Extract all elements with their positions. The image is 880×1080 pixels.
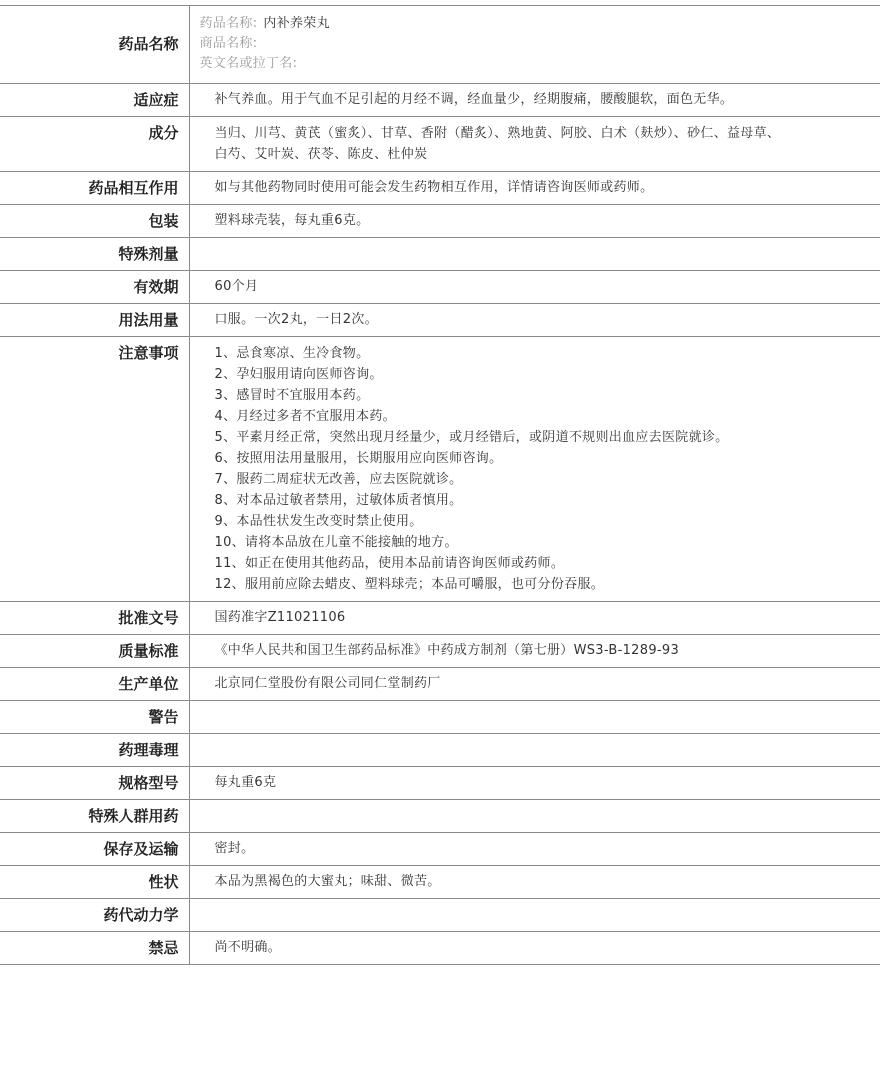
precaution-item: 7、服药二周症状无改善，应去医院就诊。 <box>215 469 871 490</box>
value-pharmacology-toxicology <box>189 734 880 767</box>
precautions-list: 1、忌食寒凉、生冷食物。 2、孕妇服用请向医师咨询。 3、感冒时不宜服用本药。 … <box>215 343 871 595</box>
value-warning <box>189 701 880 734</box>
latin-name-line: 英文名或拉丁名: <box>200 54 871 74</box>
label-special-populations: 特殊人群用药 <box>0 800 189 833</box>
row-precautions: 注意事项 1、忌食寒凉、生冷食物。 2、孕妇服用请向医师咨询。 3、感冒时不宜服… <box>0 337 880 602</box>
label-special-dosage: 特殊剂量 <box>0 238 189 271</box>
row-usage: 用法用量 口服。一次2丸，一日2次。 <box>0 304 880 337</box>
row-description: 性状 本品为黑褐色的大蜜丸；味甜、微苦。 <box>0 866 880 899</box>
label-precautions: 注意事项 <box>0 337 189 602</box>
value-interactions: 如与其他药物同时使用可能会发生药物相互作用，详情请咨询医师或药师。 <box>189 172 880 205</box>
precaution-item: 12、服用前应除去蜡皮、塑料球壳；本品可嚼服，也可分份吞服。 <box>215 574 871 595</box>
row-packaging: 包装 塑料球壳装，每丸重6克。 <box>0 205 880 238</box>
generic-name-value: 内补养荣丸 <box>263 16 330 31</box>
precaution-item: 10、请将本品放在儿童不能接触的地方。 <box>215 532 871 553</box>
row-manufacturer: 生产单位 北京同仁堂股份有限公司同仁堂制药厂 <box>0 668 880 701</box>
value-drug-name: 药品名称:内补养荣丸 商品名称: 英文名或拉丁名: <box>189 6 880 84</box>
trade-name-key: 商品名称: <box>200 36 258 51</box>
value-shelf-life: 60个月 <box>189 271 880 304</box>
row-approval-number: 批准文号 国药准字Z11021106 <box>0 602 880 635</box>
precaution-item: 8、对本品过敏者禁用，过敏体质者慎用。 <box>215 490 871 511</box>
trade-name-line: 商品名称: <box>200 34 871 54</box>
row-quality-standard: 质量标准 《中华人民共和国卫生部药品标准》中药成方制剂（第七册）WS3-B-12… <box>0 635 880 668</box>
latin-name-key: 英文名或拉丁名: <box>200 56 298 71</box>
row-special-populations: 特殊人群用药 <box>0 800 880 833</box>
precaution-item: 1、忌食寒凉、生冷食物。 <box>215 343 871 364</box>
value-precautions: 1、忌食寒凉、生冷食物。 2、孕妇服用请向医师咨询。 3、感冒时不宜服用本药。 … <box>189 337 880 602</box>
value-approval-number: 国药准字Z11021106 <box>189 602 880 635</box>
value-contraindications: 尚不明确。 <box>189 932 880 965</box>
value-packaging: 塑料球壳装，每丸重6克。 <box>189 205 880 238</box>
value-special-dosage <box>189 238 880 271</box>
label-manufacturer: 生产单位 <box>0 668 189 701</box>
precaution-item: 3、感冒时不宜服用本药。 <box>215 385 871 406</box>
label-specification: 规格型号 <box>0 767 189 800</box>
label-shelf-life: 有效期 <box>0 271 189 304</box>
label-pharmacokinetics: 药代动力学 <box>0 899 189 932</box>
precaution-item: 5、平素月经正常，突然出现月经量少，或月经错后，或阴道不规则出血应去医院就诊。 <box>215 427 871 448</box>
label-quality-standard: 质量标准 <box>0 635 189 668</box>
generic-name-line: 药品名称:内补养荣丸 <box>200 14 871 34</box>
row-warning: 警告 <box>0 701 880 734</box>
value-specification: 每丸重6克 <box>189 767 880 800</box>
precaution-item: 9、本品性状发生改变时禁止使用。 <box>215 511 871 532</box>
row-shelf-life: 有效期 60个月 <box>0 271 880 304</box>
label-pharmacology-toxicology: 药理毒理 <box>0 734 189 767</box>
row-pharmacokinetics: 药代动力学 <box>0 899 880 932</box>
label-contraindications: 禁忌 <box>0 932 189 965</box>
label-warning: 警告 <box>0 701 189 734</box>
row-storage-transport: 保存及运输 密封。 <box>0 833 880 866</box>
value-indications: 补气养血。用于气血不足引起的月经不调，经血量少，经期腹痛，腰酸腿软，面色无华。 <box>189 84 880 117</box>
row-drug-name: 药品名称 药品名称:内补养荣丸 商品名称: 英文名或拉丁名: <box>0 6 880 84</box>
row-indications: 适应症 补气养血。用于气血不足引起的月经不调，经血量少，经期腹痛，腰酸腿软，面色… <box>0 84 880 117</box>
generic-name-key: 药品名称: <box>200 16 258 31</box>
precaution-item: 4、月经过多者不宜服用本药。 <box>215 406 871 427</box>
label-packaging: 包装 <box>0 205 189 238</box>
label-indications: 适应症 <box>0 84 189 117</box>
label-approval-number: 批准文号 <box>0 602 189 635</box>
row-special-dosage: 特殊剂量 <box>0 238 880 271</box>
label-ingredients: 成分 <box>0 117 189 172</box>
label-storage-transport: 保存及运输 <box>0 833 189 866</box>
label-drug-name: 药品名称 <box>0 6 189 84</box>
row-ingredients: 成分 当归、川芎、黄芪（蜜炙）、甘草、香附（醋炙）、熟地黄、阿胶、白术（麸炒）、… <box>0 117 880 172</box>
precaution-item: 6、按照用法用量服用，长期服用应向医师咨询。 <box>215 448 871 469</box>
row-interactions: 药品相互作用 如与其他药物同时使用可能会发生药物相互作用，详情请咨询医师或药师。 <box>0 172 880 205</box>
label-interactions: 药品相互作用 <box>0 172 189 205</box>
precaution-item: 11、如正在使用其他药品，使用本品前请咨询医师或药师。 <box>215 553 871 574</box>
label-usage: 用法用量 <box>0 304 189 337</box>
value-ingredients: 当归、川芎、黄芪（蜜炙）、甘草、香附（醋炙）、熟地黄、阿胶、白术（麸炒）、砂仁、… <box>189 117 880 172</box>
value-manufacturer: 北京同仁堂股份有限公司同仁堂制药厂 <box>189 668 880 701</box>
precaution-item: 2、孕妇服用请向医师咨询。 <box>215 364 871 385</box>
value-special-populations <box>189 800 880 833</box>
value-usage: 口服。一次2丸，一日2次。 <box>189 304 880 337</box>
value-description: 本品为黑褐色的大蜜丸；味甜、微苦。 <box>189 866 880 899</box>
row-pharmacology-toxicology: 药理毒理 <box>0 734 880 767</box>
row-contraindications: 禁忌 尚不明确。 <box>0 932 880 965</box>
value-quality-standard: 《中华人民共和国卫生部药品标准》中药成方制剂（第七册）WS3-B-1289-93 <box>189 635 880 668</box>
drug-spec-table: 药品名称 药品名称:内补养荣丸 商品名称: 英文名或拉丁名: 适应症 补气养血。… <box>0 5 880 965</box>
label-description: 性状 <box>0 866 189 899</box>
row-specification: 规格型号 每丸重6克 <box>0 767 880 800</box>
value-storage-transport: 密封。 <box>189 833 880 866</box>
value-pharmacokinetics <box>189 899 880 932</box>
